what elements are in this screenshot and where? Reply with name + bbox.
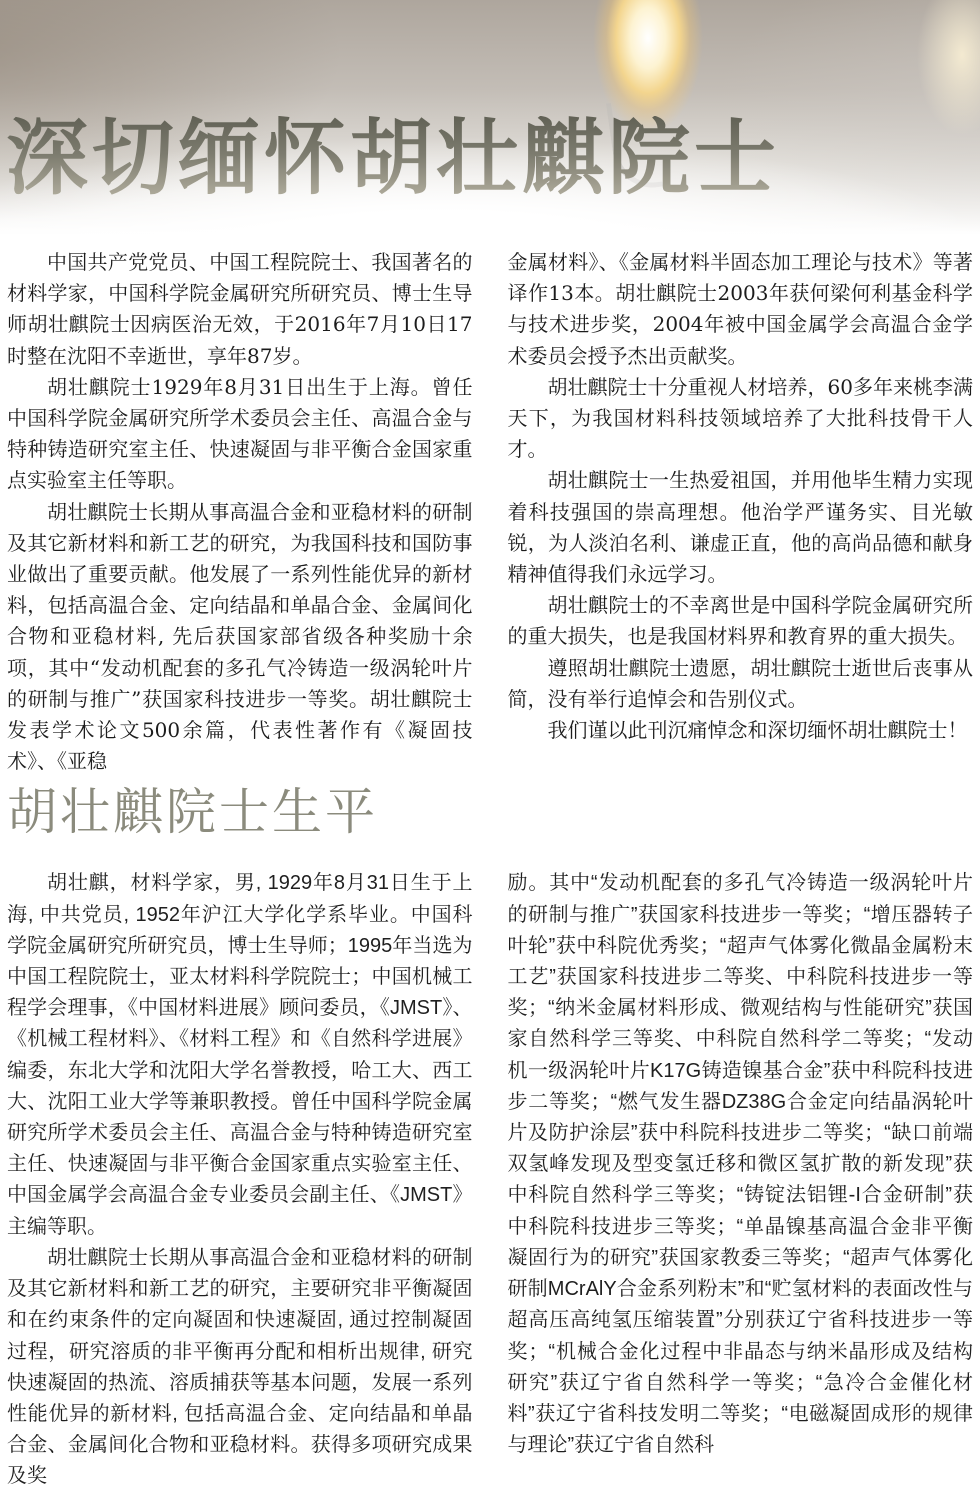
paragraph: 胡壮麒院士1929年8月31日出生于上海。曾任中国科学院金属研究所学术委员会主任… <box>7 372 473 497</box>
paragraph: 胡壮麒，材料学家，男, 1929年8月31日生于上海, 中共党员, 1952年沪… <box>7 868 473 1242</box>
paragraph: 胡壮麒院士一生热爱祖国，并用他毕生精力实现着科技强国的崇高理想。他治学严谨务实、… <box>508 465 974 590</box>
paragraph: 胡壮麒院士十分重视人材培养，60多年来桃李满天下，为我国材料科技领域培养了大批科… <box>508 372 974 466</box>
paragraph: 胡壮麒院士的不幸离世是中国科学院金属研究所的重大损失，也是我国材料界和教育界的重… <box>508 590 974 652</box>
memorial-column-left: 中国共产党党员、中国工程院院士、我国著名的材料学家，中国科学院金属研究所研究员、… <box>7 247 473 777</box>
biography-column-left: 胡壮麒，材料学家，男, 1929年8月31日生于上海, 中共党员, 1952年沪… <box>7 868 473 1492</box>
paragraph: 励。其中“发动机配套的多孔气冷铸造一级涡轮叶片的研制与推广”获国家科技进步一等奖… <box>508 868 974 1461</box>
paragraph: 胡壮麒院士长期从事高温合金和亚稳材料的研制及其它新材料和新工艺的研究，为我国科技… <box>7 497 473 778</box>
memorial-column-right: 金属材料》、《金属材料半固态加工理论与技术》等著译作13本。胡壮麒院士2003年… <box>508 247 974 777</box>
paragraph: 胡壮麒院士长期从事高温合金和亚稳材料的研制及其它新材料和新工艺的研究，主要研究非… <box>7 1243 473 1493</box>
memorial-photo: 深切缅怀胡壮麒院士 <box>0 0 980 235</box>
biography-heading: 胡壮麒院士生平 <box>7 785 973 840</box>
biography-section: 胡壮麒院士生平 胡壮麒，材料学家，男, 1929年8月31日生于上海, 中共党员… <box>7 785 973 1492</box>
biography-column-right: 励。其中“发动机配套的多孔气冷铸造一级涡轮叶片的研制与推广”获国家科技进步一等奖… <box>508 868 974 1492</box>
memorial-title: 深切缅怀胡壮麒院士 <box>6 116 780 202</box>
paragraph: 金属材料》、《金属材料半固态加工理论与技术》等著译作13本。胡壮麒院士2003年… <box>508 247 974 372</box>
memorial-section: 中国共产党党员、中国工程院院士、我国著名的材料学家，中国科学院金属研究所研究员、… <box>7 247 973 777</box>
paragraph: 我们谨以此刊沉痛悼念和深切缅怀胡壮麒院士！ <box>508 715 974 746</box>
paragraph: 中国共产党党员、中国工程院院士、我国著名的材料学家，中国科学院金属研究所研究员、… <box>7 247 473 372</box>
paragraph: 遵照胡壮麒院士遗愿，胡壮麒院士逝世后丧事从简，没有举行追悼会和告别仪式。 <box>508 653 974 715</box>
page-content: 中国共产党党员、中国工程院院士、我国著名的材料学家，中国科学院金属研究所研究员、… <box>0 247 980 1493</box>
